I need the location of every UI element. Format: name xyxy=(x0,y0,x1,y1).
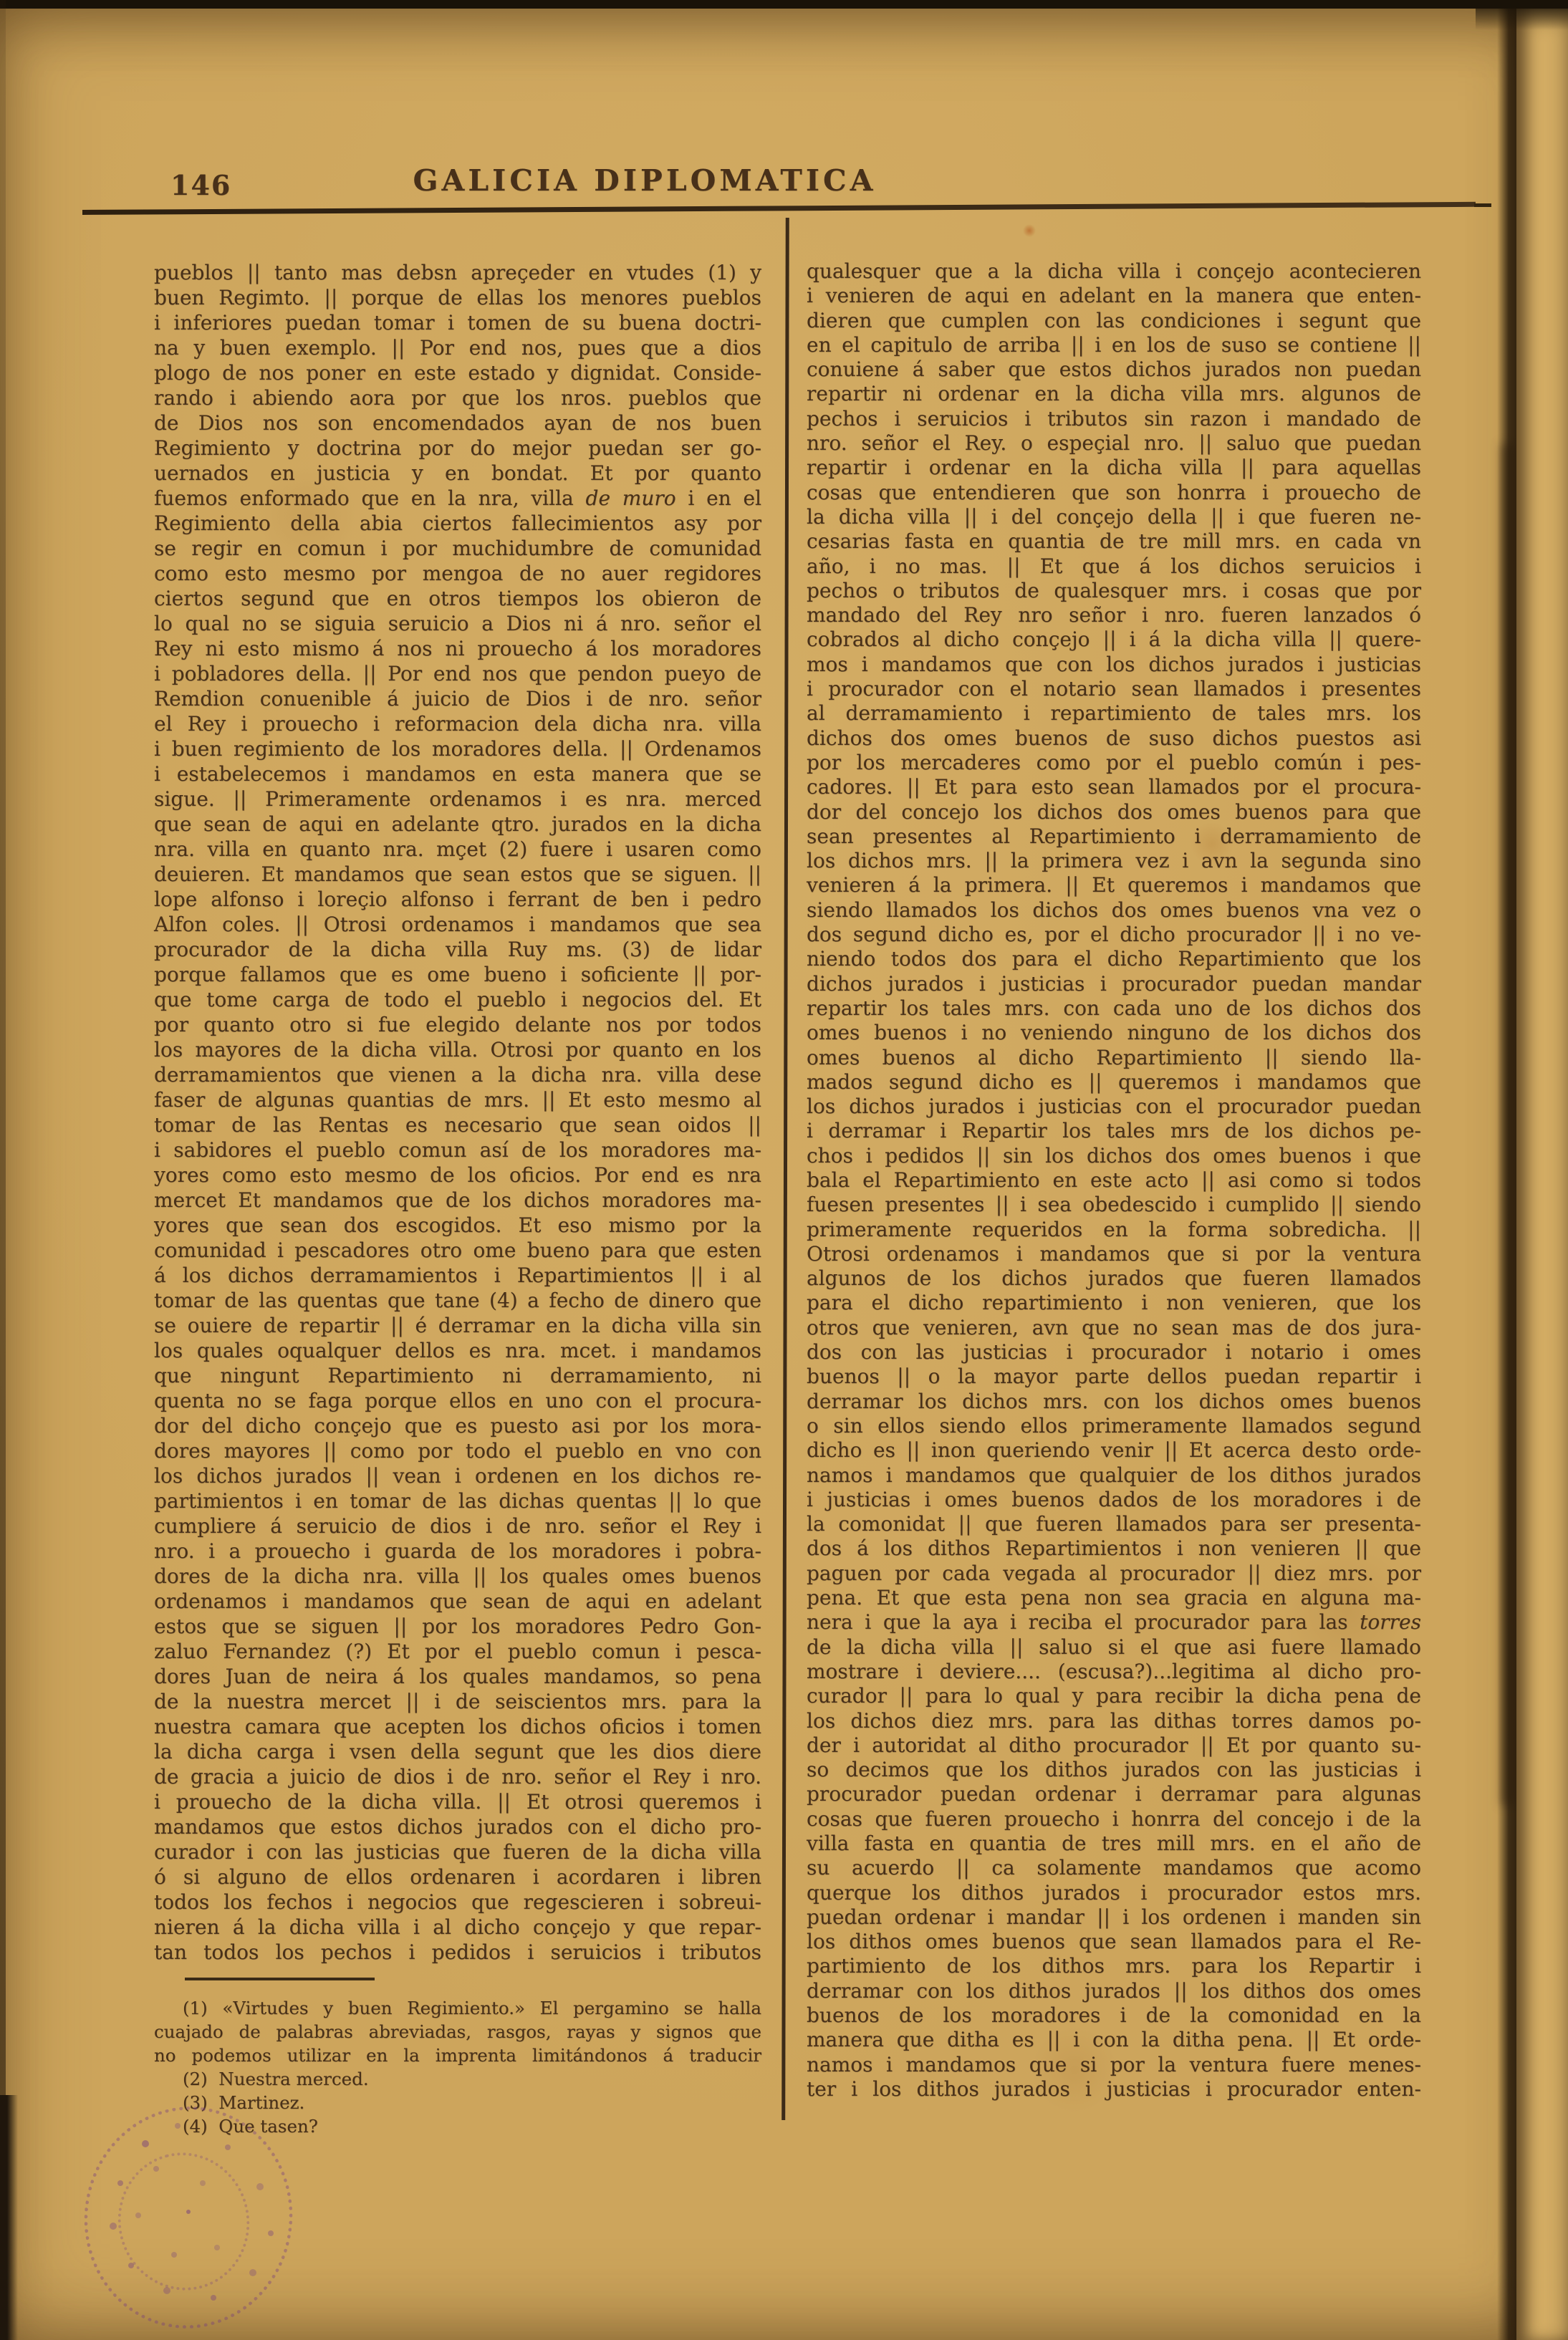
text-line: na y buen exemplo. || Por end nos, pues … xyxy=(154,335,761,360)
text-line: el Rey i prouecho i reformacion dela dic… xyxy=(154,711,761,736)
text-line: curador i con las justicias que fueren d… xyxy=(154,1839,761,1864)
text-line: comunidad i pescadores otro ome bueno pa… xyxy=(154,1238,761,1263)
text-line: deuieren. Et mandamos que sean estos que… xyxy=(154,862,761,887)
text-line: Rey ni esto mismo á nos ni prouecho á lo… xyxy=(154,636,761,661)
text-line: so decimos que los dithos jurados con la… xyxy=(807,1758,1421,1782)
text-line: cobrados al dicho conçejo || i á la dich… xyxy=(807,627,1421,652)
text-line: i sabidores el pueblo comun así de los m… xyxy=(154,1137,761,1162)
text-line: sigue. || Primeramente ordenamos i es nr… xyxy=(154,786,761,812)
text-line: faser de algunas quantias de mrs. || Et … xyxy=(154,1087,761,1112)
text-line: Alfon coles. || Otrosi ordenamos i manda… xyxy=(154,912,761,937)
scan-top-right-shadow xyxy=(1476,0,1568,30)
text-line: uernados en justicia y en bondat. Et por… xyxy=(154,461,761,486)
text-line: pechos i seruicios i tributos sin razon … xyxy=(807,407,1421,431)
text-line: plogo de nos poner en este estado y dign… xyxy=(154,360,761,385)
footnote-1: (1) «Virtudes y buen Regimiento.» El per… xyxy=(154,1996,761,2067)
text-line: porque fallamos que es ome bueno i sofic… xyxy=(154,962,761,987)
text-line: nro. i a prouecho i guarda de los morado… xyxy=(154,1539,761,1564)
text-line: dicho es || inon queriendo venir || Et a… xyxy=(807,1438,1421,1463)
text-line: ter i los dithos jurados i justicias i p… xyxy=(807,2077,1421,2101)
text-line: yores como esto mesmo de los oficios. Po… xyxy=(154,1162,761,1188)
text-line: i justicias i omes buenos dados de los m… xyxy=(807,1488,1421,1512)
text-line: ó si alguno de ellos ordenaren i acordar… xyxy=(154,1864,761,1889)
text-line: para el dicho repartimiento i non venier… xyxy=(807,1291,1421,1315)
text-line: conuiene á saber que estos dichos jurado… xyxy=(807,357,1421,382)
text-line: venieren á la primera. || Et queremos i … xyxy=(807,873,1421,897)
text-line: de gracia a juicio de dios i de nro. señ… xyxy=(154,1764,761,1789)
text-line: qualesquer que a la dicha villa i conçej… xyxy=(807,259,1421,284)
text-line: paguen por cada vegada al procurador || … xyxy=(807,1561,1421,1586)
scanned-book-page: 146 GALICIA DIPLOMATICA pueblos || tanto… xyxy=(0,0,1568,2340)
text-line: i derramar i Repartir los tales mrs de l… xyxy=(807,1119,1421,1143)
text-line: los mayores de la dicha villa. Otrosi po… xyxy=(154,1037,761,1062)
text-line: por quanto otro si fue elegido delante n… xyxy=(154,1012,761,1037)
journal-title: GALICIA DIPLOMATICA xyxy=(401,163,888,198)
text-line: de la nuestra mercet || i de seiscientos… xyxy=(154,1689,761,1714)
text-line: buen Regimto. || porque de ellas los men… xyxy=(154,285,761,310)
footnote-line: no podemos utilizar en la imprenta limit… xyxy=(154,2043,761,2067)
text-line: omes buenos al dicho Repartimiento || si… xyxy=(807,1046,1421,1070)
text-line: á los dichos derramamientos i Repartimie… xyxy=(154,1263,761,1288)
text-line: derramamientos que vienen a la dicha nra… xyxy=(154,1062,761,1087)
text-line: Regimiento della abia ciertos fallecimie… xyxy=(154,511,761,536)
text-line: repartir ni ordenar en la dicha villa mr… xyxy=(807,382,1421,406)
underlying-page-edge xyxy=(1516,0,1568,2340)
text-line: año, i no mas. || Et que á los dichos se… xyxy=(807,554,1421,579)
text-line: mandamos que estos dichos jurados con el… xyxy=(154,1814,761,1839)
text-line: namos i mandamos que qualquier de los di… xyxy=(807,1463,1421,1488)
text-line: bala el Repartimiento en este acto || as… xyxy=(807,1168,1421,1193)
left-text-column: pueblos || tanto mas debsn apreçeder en … xyxy=(154,260,761,1965)
text-line: los dichos jurados i justicias con el pr… xyxy=(807,1094,1421,1119)
text-line: dor del concejo los dichos dos omes buen… xyxy=(807,800,1421,824)
text-line: nro. señor el Rey. o espeçial nro. || sa… xyxy=(807,431,1421,456)
text-line: zaluo Fernandez (?) Et por el pueblo com… xyxy=(154,1639,761,1664)
scan-bottom-left-edge xyxy=(0,2095,18,2340)
text-line: querque los dithos jurados i procurador … xyxy=(807,1881,1421,1905)
footnote-separator-rule xyxy=(185,1978,375,1980)
header-rule-dash xyxy=(1474,203,1491,207)
text-line: lope alfonso i loreçio alfonso i ferrant… xyxy=(154,887,761,912)
scan-top-edge xyxy=(0,0,1568,9)
text-line: dichos jurados i justicias i procurador … xyxy=(807,972,1421,996)
text-line: primeramente requeridos en la forma sobr… xyxy=(807,1218,1421,1242)
text-line: pueblos || tanto mas debsn apreçeder en … xyxy=(154,260,761,285)
text-line: i buen regimiento de los moradores della… xyxy=(154,736,761,761)
text-line: dores Juan de neira á los quales mandamo… xyxy=(154,1664,761,1689)
text-line: i pobladores della. || Por end nos que p… xyxy=(154,661,761,686)
text-line: los dichos diez mrs. para las dithas tor… xyxy=(807,1709,1421,1733)
text-line: cadores. || Et para esto sean llamados p… xyxy=(807,775,1421,799)
column-divider xyxy=(781,218,789,2120)
text-line: ciertos segund que en otros tiempos los … xyxy=(154,586,761,611)
text-line: como esto mesmo por mengoa de no auer re… xyxy=(154,561,761,586)
text-line: de Dios nos son encomendados ayan de nos… xyxy=(154,410,761,435)
text-line: partimientos i en tomar de las dichas qu… xyxy=(154,1488,761,1513)
text-line: que sean de aqui en adelante qtro. jurad… xyxy=(154,812,761,837)
text-line: omes buenos i no veniendo ninguno de los… xyxy=(807,1021,1421,1045)
text-line: fuesen presentes || i sea obedescido i c… xyxy=(807,1193,1421,1217)
text-line: la dicha villa || i del conçejo della ||… xyxy=(807,505,1421,529)
text-line: nuestra camara que acepten los dichos of… xyxy=(154,1714,761,1739)
text-line: i procurador con el notario sean llamado… xyxy=(807,677,1421,701)
text-line: dichos dos omes buenos de suso dichos pu… xyxy=(807,726,1421,751)
text-line: fuemos enformado que en la nra, villa de… xyxy=(154,486,761,511)
text-line: lo qual no se siguia seruicio a Dios ni … xyxy=(154,611,761,636)
text-line: cumpliere á seruicio de dios i de nro. s… xyxy=(154,1513,761,1539)
text-line: se regir en comun i por muchidumbre de c… xyxy=(154,536,761,561)
text-line: dor del dicho conçejo que es puesto asi … xyxy=(154,1413,761,1438)
text-line: siendo llamados los dichos dos omes buen… xyxy=(807,898,1421,923)
scan-left-edge-shade xyxy=(0,0,6,2340)
text-line: der i autoridat al ditho procurador || E… xyxy=(807,1733,1421,1758)
text-line: la comonidat || que fueren llamados para… xyxy=(807,1512,1421,1536)
text-line: partimiento de los dithos mrs. para los … xyxy=(807,1954,1421,1978)
text-line: mostrare i deviere.... (escusa?)...legit… xyxy=(807,1660,1421,1684)
text-line: dores mayores || como por todo el pueblo… xyxy=(154,1438,761,1463)
text-line: su acuerdo || ca solamente mandamos que … xyxy=(807,1856,1421,1880)
footnote-2: (2) Nuestra merced. xyxy=(154,2067,761,2091)
text-line: pena. Et que esta pena non sea gracia en… xyxy=(807,1586,1421,1610)
text-line: Remdion conuenible á juicio de Dios i de… xyxy=(154,686,761,711)
text-line: se ouiere de repartir || é derramar en l… xyxy=(154,1313,761,1338)
text-line: Regimiento y doctrina por do mejor pueda… xyxy=(154,435,761,461)
text-line: puedan ordenar i mandar || i los ordenen… xyxy=(807,1905,1421,1930)
text-line: algunos de los dichos jurados que fueren… xyxy=(807,1266,1421,1291)
text-line: tomar de las Rentas es necesario que sea… xyxy=(154,1112,761,1137)
text-line: otros que venieren, avn que no sean mas … xyxy=(807,1316,1421,1340)
text-line: en el capitulo de arriba || i en los de … xyxy=(807,333,1421,357)
text-line: al derramamiento i repartimiento de tale… xyxy=(807,701,1421,726)
text-line: los dichos jurados || vean i ordenen en … xyxy=(154,1463,761,1488)
text-line: rando i abiendo aora por que los nros. p… xyxy=(154,385,761,410)
text-line: i prouecho de la dicha villa. || Et otro… xyxy=(154,1789,761,1814)
text-line: procurador de la dicha villa Ruy ms. (3)… xyxy=(154,937,761,962)
text-line: dores de la dicha nra. villa || los qual… xyxy=(154,1564,761,1589)
text-line: i estabelecemos i mandamos en esta maner… xyxy=(154,761,761,786)
text-line: cosas que fueren prouecho i honrra del c… xyxy=(807,1807,1421,1831)
text-line: de la dicha villa || saluo si el que asi… xyxy=(807,1635,1421,1660)
text-line: chos i pedidos || sin los dichos dos ome… xyxy=(807,1144,1421,1168)
text-line: buenos de los moradores i de la comonida… xyxy=(807,2003,1421,2028)
text-line: tan todos los pechos i pedidos i seruici… xyxy=(154,1940,761,1965)
text-line: buenos || o la mayor parte dellos puedan… xyxy=(807,1364,1421,1389)
text-line: los quales oqualquer dellos es nra. mcet… xyxy=(154,1338,761,1363)
text-line: cesarias fasta en quantia de tre mill mr… xyxy=(807,529,1421,554)
text-line: repartir los tales mrs. con cada uno de … xyxy=(807,996,1421,1021)
text-line: cosas que entendieren que son honrra i p… xyxy=(807,481,1421,505)
text-line: curador || para lo qual y para recibir l… xyxy=(807,1684,1421,1708)
page-number: 146 xyxy=(170,169,231,201)
text-line: manera que ditha es || i con la ditha pe… xyxy=(807,2028,1421,2052)
text-line: dos á los dithos Repartimientos i non ve… xyxy=(807,1536,1421,1561)
page-crease xyxy=(1497,0,1516,2340)
text-line: procurador puedan ordenar i derramar par… xyxy=(807,1782,1421,1806)
text-line: o sin ellos siendo ellos primeramente ll… xyxy=(807,1414,1421,1438)
ink-stamp-stain xyxy=(79,2102,301,2331)
text-line: pechos o tributos de qualesquer mrs. i c… xyxy=(807,579,1421,603)
text-line: estos que se siguen || por los moradores… xyxy=(154,1614,761,1639)
text-line: que tome carga de todo el pueblo i negoc… xyxy=(154,987,761,1012)
text-line: nra. villa en quanto nra. mçet (2) fuere… xyxy=(154,837,761,862)
text-line: tomar de las quentas que tane (4) a fech… xyxy=(154,1288,761,1313)
text-line: i venieren de aqui en adelant en la mane… xyxy=(807,284,1421,308)
footnote-line: cuajado de palabras abreviadas, rasgos, … xyxy=(154,2020,761,2043)
text-line: i inferiores puedan tomar i tomen de su … xyxy=(154,310,761,335)
text-line: yores que sean dos escogidos. Et eso mis… xyxy=(154,1213,761,1238)
text-line: namos i mandamos que si por la ventura f… xyxy=(807,2053,1421,2077)
text-line: dos segund dicho es, por el dicho procur… xyxy=(807,923,1421,947)
text-line: derramar los dichos mrs. con los dichos … xyxy=(807,1390,1421,1414)
footnote-line: (1) «Virtudes y buen Regimiento.» El per… xyxy=(154,1996,761,2020)
text-line: por los mercaderes como por el pueblo co… xyxy=(807,751,1421,775)
text-line: nieren á la dicha villa i al dicho conçe… xyxy=(154,1915,761,1940)
text-line: ordenamos i mandamos que sean de aqui en… xyxy=(154,1589,761,1614)
text-line: dos con las justicias i procurador i not… xyxy=(807,1340,1421,1364)
text-line: repartir i ordenar en la dicha villa || … xyxy=(807,456,1421,480)
text-line: quenta no se faga porque ellos en uno co… xyxy=(154,1388,761,1413)
text-line: niendo todos dos para el dicho Repartimi… xyxy=(807,947,1421,971)
text-line: todos los fechos i negocios que regescie… xyxy=(154,1889,761,1915)
text-line: mandado del Rey nro señor i nro. fueren … xyxy=(807,603,1421,627)
text-line: dieren que cumplen con las condiciones i… xyxy=(807,309,1421,333)
text-line: que ningunt Repartimiento ni derramamien… xyxy=(154,1363,761,1388)
text-line: villa fasta en quantia de tres mill mrs.… xyxy=(807,1831,1421,1856)
footnote-line: (2) Nuestra merced. xyxy=(154,2067,761,2091)
text-line: la dicha carga i vsen della segunt que l… xyxy=(154,1739,761,1764)
text-line: Otrosi ordenamos i mandamos que si por l… xyxy=(807,1242,1421,1266)
text-line: nera i que la aya i reciba el procurador… xyxy=(807,1610,1421,1634)
text-line: mos i mandamos que con los dichos jurado… xyxy=(807,653,1421,677)
text-line: los dichos mrs. || la primera vez i avn … xyxy=(807,849,1421,873)
stamp-speckles xyxy=(186,2210,191,2214)
text-line: mercet Et mandamos que de los dichos mor… xyxy=(154,1188,761,1213)
text-line: mados segund dicho es || queremos i mand… xyxy=(807,1070,1421,1094)
text-line: derramar con los dithos jurados || los d… xyxy=(807,1979,1421,2003)
header-rule xyxy=(82,202,1476,215)
right-text-column: qualesquer que a la dicha villa i conçej… xyxy=(807,259,1421,2101)
text-line: los dithos omes buenos que sean llamados… xyxy=(807,1930,1421,1954)
text-line: sean presentes al Repartimiento i derram… xyxy=(807,824,1421,849)
